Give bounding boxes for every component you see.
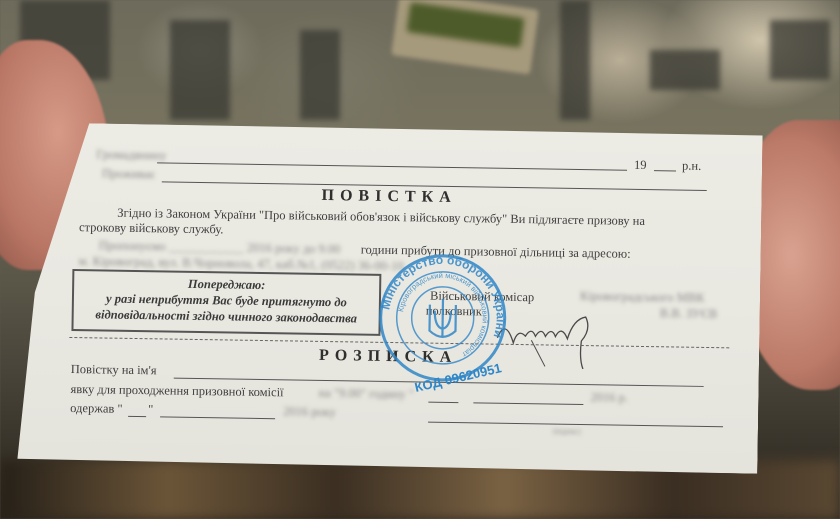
receipt-year-blurred: 2016 р. — [590, 390, 628, 406]
camo-spot — [300, 30, 340, 120]
receipt-received-year: 2016 року — [283, 404, 336, 420]
patch-strip — [407, 2, 525, 48]
uniform-rank-patch — [391, 0, 539, 74]
receipt-received-quote: " — [148, 402, 153, 417]
document-title: ПОВІСТКА — [321, 187, 456, 207]
receipt-appearance-label: явку для проходження призовної комісії — [70, 382, 283, 400]
signature-caption: (підпис) — [553, 427, 581, 436]
draft-notice-paper: Громадянину 19 р.н. Проживає ПОВІСТКА Зг… — [17, 122, 762, 474]
receipt-received-day-line — [128, 416, 146, 417]
citizen-name-line — [157, 162, 627, 170]
camo-spot — [170, 20, 230, 120]
trident-icon — [429, 299, 456, 337]
residence-label: Проживає — [102, 166, 155, 182]
year-suffix: р.н. — [682, 159, 701, 174]
receipt-month-line — [473, 402, 583, 405]
camo-spot — [650, 50, 720, 90]
receipt-appearance-blurred: на "9.00" годину " — [318, 386, 414, 402]
receipt-received-label: одержав " — [70, 401, 123, 417]
warning-box: Попереджаю: у разі неприбуття Вас буде п… — [71, 269, 381, 336]
commissar-name: В.В. ЗУЄВ — [660, 306, 718, 322]
body-line-2: строкову військову службу. — [79, 220, 224, 237]
receipt-name-label: Повістку на ім'я — [71, 362, 157, 378]
year-label: 19 — [634, 158, 647, 173]
camo-spot — [560, 0, 590, 120]
citizen-label: Громадянину — [96, 147, 167, 163]
signature — [495, 298, 606, 370]
receipt-day-line — [428, 402, 458, 403]
receipt-received-month-line — [160, 416, 275, 419]
camo-spot — [770, 20, 830, 80]
year-line — [654, 170, 676, 171]
